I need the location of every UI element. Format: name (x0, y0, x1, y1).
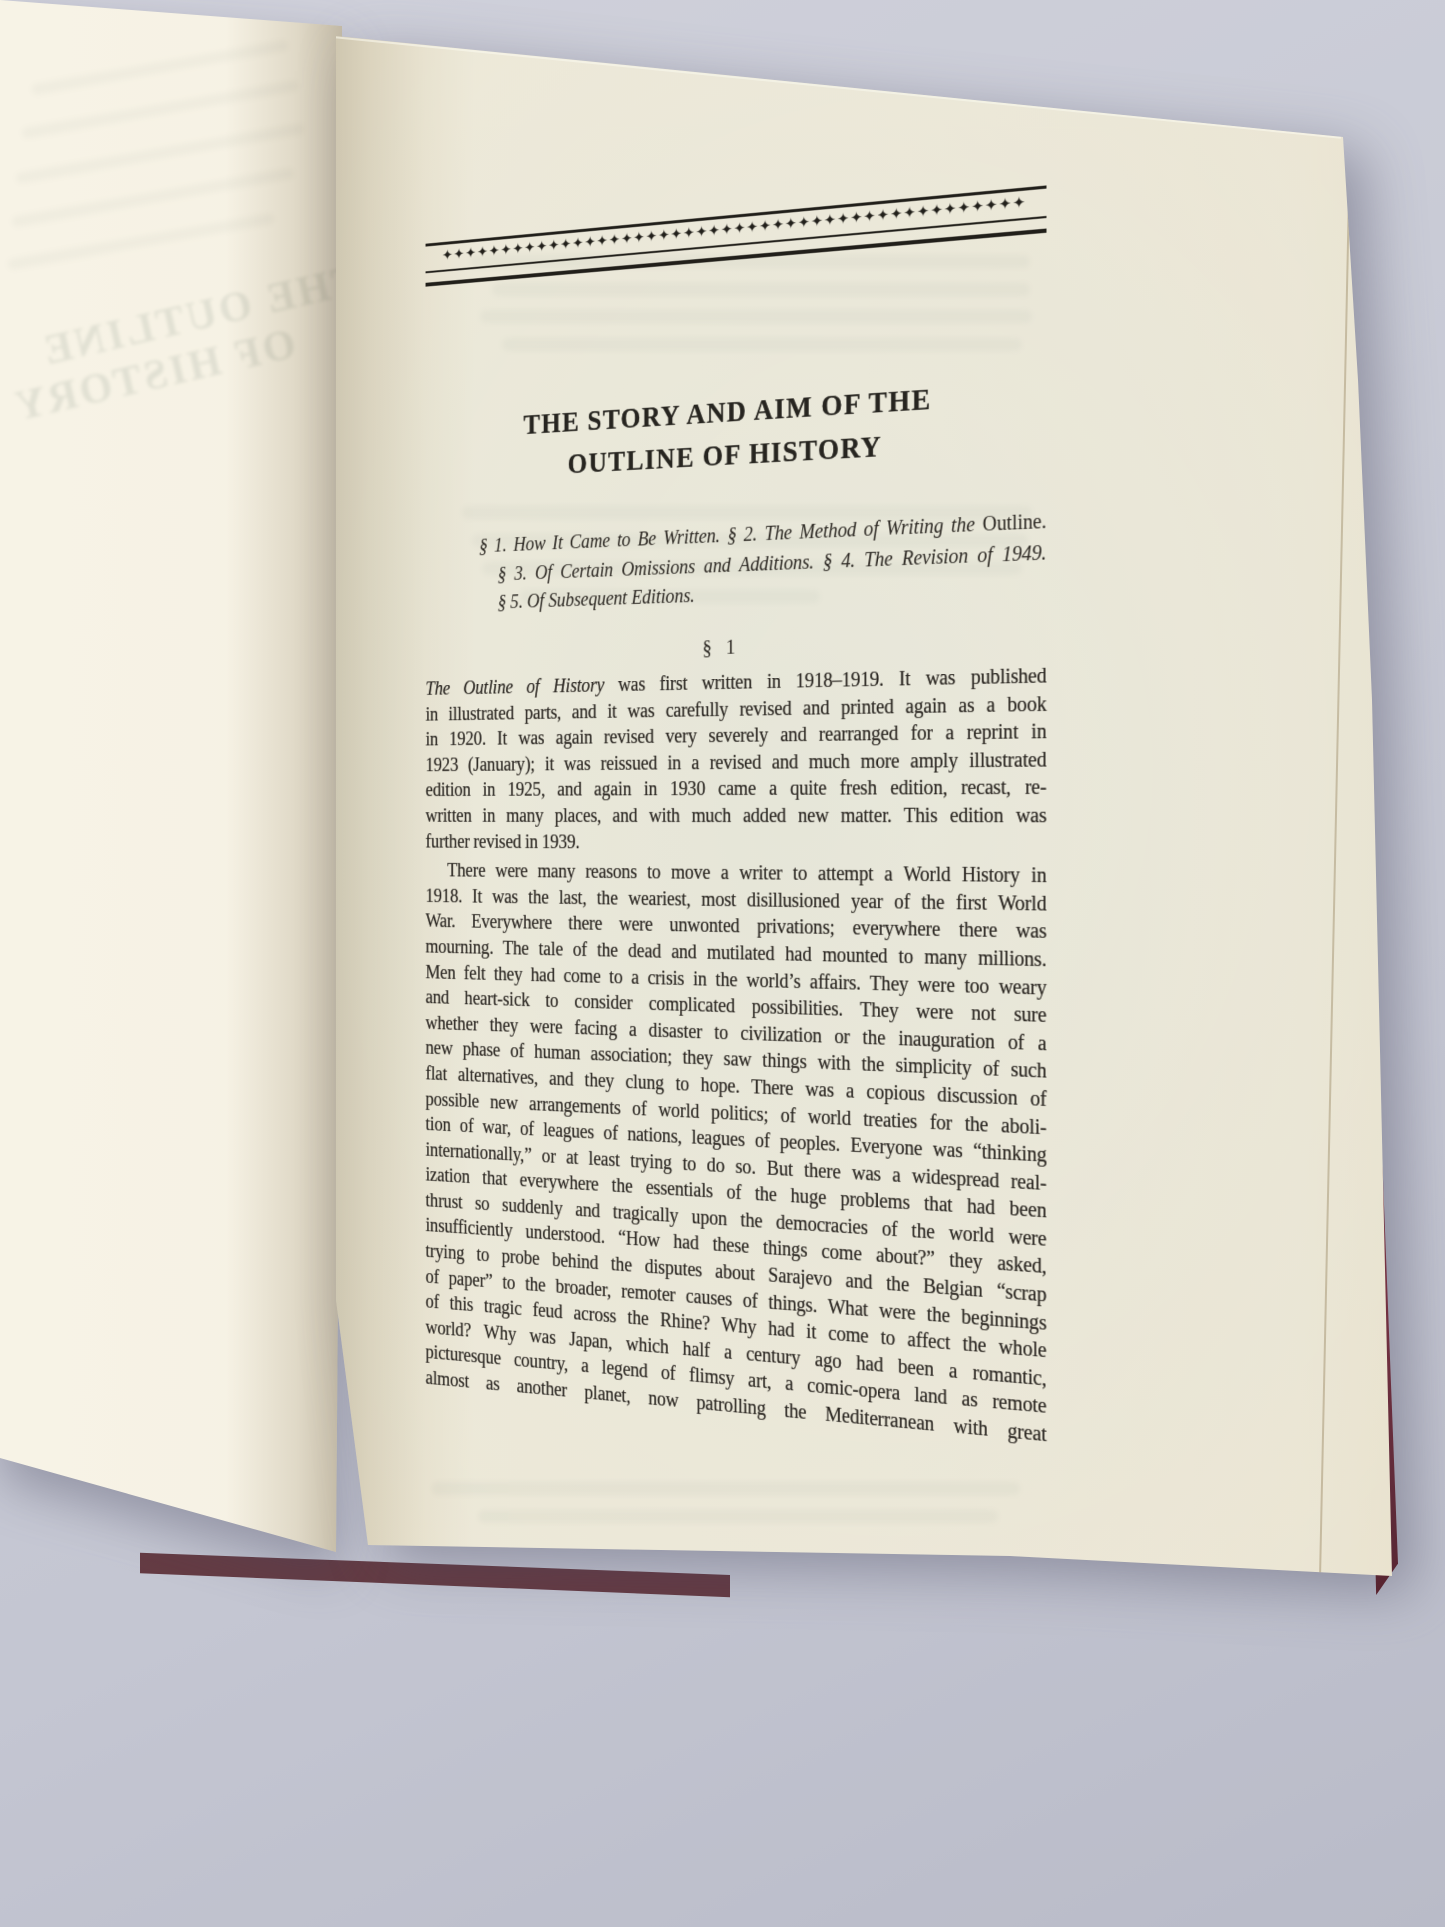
printed-page-content: ✦✦✦✦✦✦✦✦✦✦✦✦✦✦✦✦✦✦✦✦✦✦✦✦✦✦✦✦✦✦✦✦✦✦✦✦✦✦✦✦… (426, 137, 1047, 1535)
body-text: The Outline of History was first written… (426, 663, 1047, 1450)
text-line: further revised in 1939. (426, 829, 1047, 858)
section-list: § 1. How It Came to Be Written. § 2. The… (426, 507, 1047, 620)
section-heading: § 1 (426, 626, 1047, 667)
chapter-title: THE STORY AND AIM OF THE OUTLINE OF HIST… (426, 370, 1047, 493)
paragraph: The Outline of History was first written… (426, 663, 1047, 859)
page-top-edge-highlight (332, 36, 1341, 139)
text-line: 1923 (January); it was reissued in a rev… (426, 746, 1047, 778)
paragraph: There were many reasons to move a writer… (426, 858, 1047, 1449)
page-top-edge (332, 32, 1343, 136)
text-line: edition in 1925, and again in 1930 came … (426, 774, 1047, 803)
text-line: written in many places, and with much ad… (426, 802, 1047, 830)
book-photo-scene: THE OUTLINE OF HISTORY ✦✦✦✦✦✦✦✦✦✦✦✦✦✦✦ (0, 0, 1445, 1927)
page-right-edge (1319, 146, 1351, 1580)
